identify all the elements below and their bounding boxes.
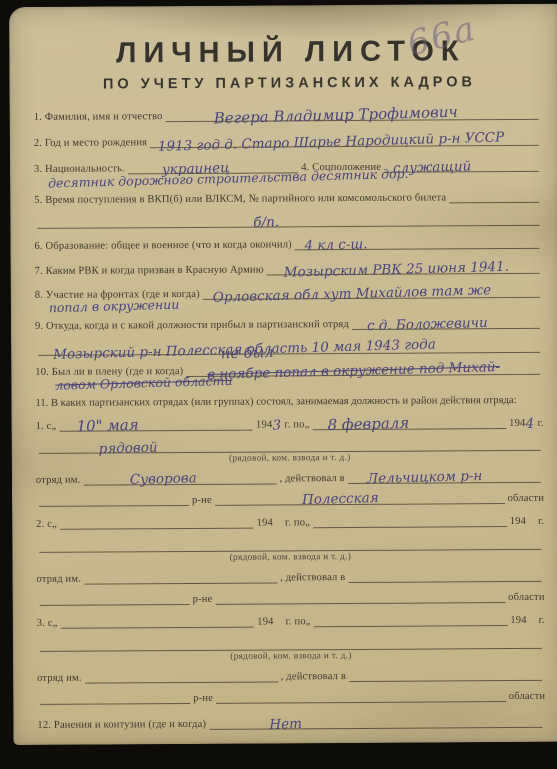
entry1-region-lead-line — [39, 492, 189, 507]
entry3-number: 3. с — [37, 618, 53, 629]
printed-194: 194 — [257, 616, 273, 627]
printed-g-po: г. по — [284, 420, 304, 431]
printed-194: 194 — [510, 516, 526, 527]
printed-g: г. — [539, 615, 545, 626]
printed-otryad-im: отряд им. — [37, 673, 82, 684]
field-captivity-line: в ноябре попал в окружение под Михай- не… — [186, 361, 540, 377]
entry2-unit-line — [84, 569, 277, 584]
field-arrival-row: 9. Откуда, когда и с какой должности при… — [35, 315, 543, 332]
field-surname-label: 1. Фамилия, имя и отчество — [34, 112, 163, 124]
printed-194: 194 — [510, 615, 526, 626]
field-party-answer-line: б/п. — [37, 212, 539, 229]
field-wounds-label: 12. Ранения и контузии (где и когда) — [37, 719, 206, 731]
open-quote: „ — [51, 421, 56, 432]
printed-194: 194 — [256, 420, 272, 431]
form-body: 1. Фамилия, имя и отчество Вегера Владим… — [34, 106, 546, 731]
field-arrival-label: 9. Откуда, когда и с какой должности при… — [35, 319, 349, 332]
field-rvk-value: Мозырским РВК 25 июня 1941. — [283, 261, 509, 281]
service-entry-2: 2. с „ 194 г. по „ 194 г. (рядовой, ком.… — [36, 512, 545, 605]
field-fronts-line: Орловская обл хут Михайлов там же — [203, 284, 540, 300]
entry2-region-row: р-не области — [37, 589, 545, 606]
entry2-unit-row: отряд им. , действовал в — [36, 568, 544, 585]
printed-oblasti: области — [508, 592, 545, 603]
open-quote: „ — [306, 616, 311, 627]
entry1-from-line: 10" мая — [59, 417, 253, 432]
entry2-dates-row: 2. с „ 194 г. по „ 194 г. — [36, 512, 544, 529]
entry2-number: 2. с — [36, 518, 52, 529]
form-subtitle: ПО УЧЕТУ ПАРТИЗАНСКИХ КАДРОВ — [33, 74, 541, 93]
entry1-dates-row: 1. с „ 10" мая 194 3 г. по „ 8 февраля 1… — [36, 415, 544, 432]
field-arrival-line2: Мозырский р-н Полесская область 10 мая 1… — [38, 339, 540, 356]
field-party-line — [449, 189, 539, 204]
field-birth-label: 2. Год и место рождения — [34, 138, 147, 150]
service-entry-1: 1. с „ 10" мая 194 3 г. по „ 8 февраля 1… — [36, 415, 545, 506]
field-education-value: 4 кл с-ш. — [304, 238, 367, 253]
field-education-row: 6. Образование: общее и военное (что и к… — [34, 235, 542, 252]
entry2-from-line — [60, 514, 254, 529]
printed-rne: р-не — [192, 494, 212, 505]
entry3-to-line — [314, 612, 508, 627]
entry1-unit-value: Суворова — [130, 472, 197, 487]
field-birth-value: 1913 год д. Старо Шарье Народицкий р-н У… — [158, 131, 505, 154]
printed-oblasti: области — [509, 691, 546, 702]
entry2-to-line — [313, 513, 507, 528]
entry2-area-line — [348, 568, 541, 583]
printed-deistvoval-v: , действовал в — [279, 473, 344, 484]
entry1-unit-row: отряд им. Суворова , действовал в Лельчи… — [36, 468, 544, 485]
printed-194: 194 — [509, 418, 525, 429]
printed-rne: р-не — [193, 693, 213, 704]
open-quote: „ — [52, 518, 57, 529]
field-rvk-line: Мозырским РВК 25 июня 1941. — [267, 260, 540, 276]
field-wounds-value: Нет — [269, 718, 302, 732]
printed-g: г. — [538, 515, 544, 526]
field-arrival-line: с д. Боложевичи — [352, 315, 540, 330]
entry3-dates-row: 3. с „ 194 г. по „ 194 г. — [37, 612, 545, 629]
entry3-region-line — [216, 688, 506, 704]
field-captivity-crossed-value2: ловом Орловской области — [55, 375, 232, 392]
field-arrival-value: с д. Боложевичи — [367, 317, 488, 334]
printed-oblasti: области — [508, 492, 545, 503]
field-arrival-row2: Мозырский р-н Полесская область 10 мая 1… — [35, 339, 543, 356]
entry1-to-value: 8 февраля — [328, 416, 410, 433]
printed-otryad-im: отряд им. — [36, 474, 81, 485]
entry1-region-row: р-не Полесская области — [36, 489, 544, 506]
field-birth-row: 2. Год и место рождения 1913 год д. Стар… — [34, 132, 542, 149]
scanned-form-page: 66а ЛИЧНЫЙ ЛИСТОК ПО УЧЕТУ ПАРТИЗАНСКИХ … — [9, 4, 557, 745]
field-party-row: 5. Время поступления в ВКП(б) или ВЛКСМ,… — [34, 189, 542, 206]
entry3-area-line — [349, 667, 542, 682]
printed-rne: р-не — [193, 594, 213, 605]
entry1-region-line: Полесская — [215, 490, 505, 506]
field-rvk-row: 7. Каким РВК и когда призван в Красную А… — [35, 260, 543, 277]
entry1-region-value: Полесская — [302, 492, 379, 508]
field-rvk-label: 7. Каким РВК и когда призван в Красную А… — [35, 265, 264, 277]
entry1-from-value: 10" мая — [77, 418, 139, 435]
entry1-number: 1. с — [36, 421, 52, 432]
entry1-unit-line: Суворова — [83, 470, 276, 485]
field-party-label: 5. Время поступления в ВКП(б) или ВЛКСМ,… — [34, 193, 446, 207]
field-education-line: 4 кл с-ш. — [295, 235, 540, 250]
entry1-to-line: 8 февраля — [312, 415, 506, 430]
field-education-label: 6. Образование: общее и военное (что и к… — [34, 240, 291, 253]
entry3-from-line — [60, 613, 254, 628]
entry3-region-lead-line — [40, 690, 190, 705]
field-surname-value: Вегера Владимир Трофимович — [214, 105, 458, 127]
printed-194: 194 — [257, 517, 273, 528]
entry3-unit-line — [85, 669, 278, 684]
printed-deistvoval-v: , действовал в — [281, 671, 346, 682]
field-party-answer-row: б/п. — [34, 212, 542, 229]
entry2-region-line — [215, 589, 505, 605]
printed-g: г. — [537, 418, 543, 429]
open-quote: „ — [305, 517, 310, 528]
field-surname-line: Вегера Владимир Трофимович — [166, 106, 539, 122]
entry1-to-year-digit: 4 — [525, 418, 534, 432]
field-wounds-row: 12. Ранения и контузии (где и когда) Нет — [37, 714, 545, 731]
field-birth-line: 1913 год д. Старо Шарье Народицкий р-н У… — [150, 132, 539, 148]
entry3-region-row: р-не области — [37, 688, 545, 705]
entry1-from-year-digit: 3 — [272, 419, 281, 433]
field-fronts-value: Орловская обл хут Михайлов там же — [213, 284, 492, 305]
field-party-value: б/п. — [253, 216, 279, 230]
entry1-area-line: Лельчицком р-н — [348, 468, 541, 483]
entry1-area-value: Лельчицком р-н — [367, 470, 483, 487]
printed-g-po: г. по — [285, 517, 305, 528]
entry3-unit-row: отряд им. , действовал в — [37, 667, 545, 684]
entry2-region-lead-line — [40, 591, 190, 606]
field-surname-row: 1. Фамилия, имя и отчество Вегера Владим… — [34, 106, 542, 123]
field-wounds-line: Нет — [209, 714, 542, 730]
field-fronts-value2: попал в окружении — [49, 299, 180, 315]
service-entry-3: 3. с „ 194 г. по „ 194 г. (рядовой, ком.… — [37, 612, 546, 705]
entry1-position-value: рядовой — [99, 441, 158, 456]
printed-otryad-im: отряд им. — [36, 573, 81, 584]
open-quote: „ — [53, 618, 58, 629]
printed-g-po: г. по — [286, 616, 306, 627]
field-units-label: 11. В каких партизанских отрядах (или гр… — [35, 394, 543, 411]
printed-deistvoval-v: , действовал в — [280, 572, 345, 583]
entry2-position-hint: (рядовой, ком. взвода и т. д.) — [36, 550, 544, 563]
open-quote: „ — [305, 420, 310, 431]
entry3-position-hint: (рядовой, ком. взвода и т. д.) — [37, 650, 545, 663]
